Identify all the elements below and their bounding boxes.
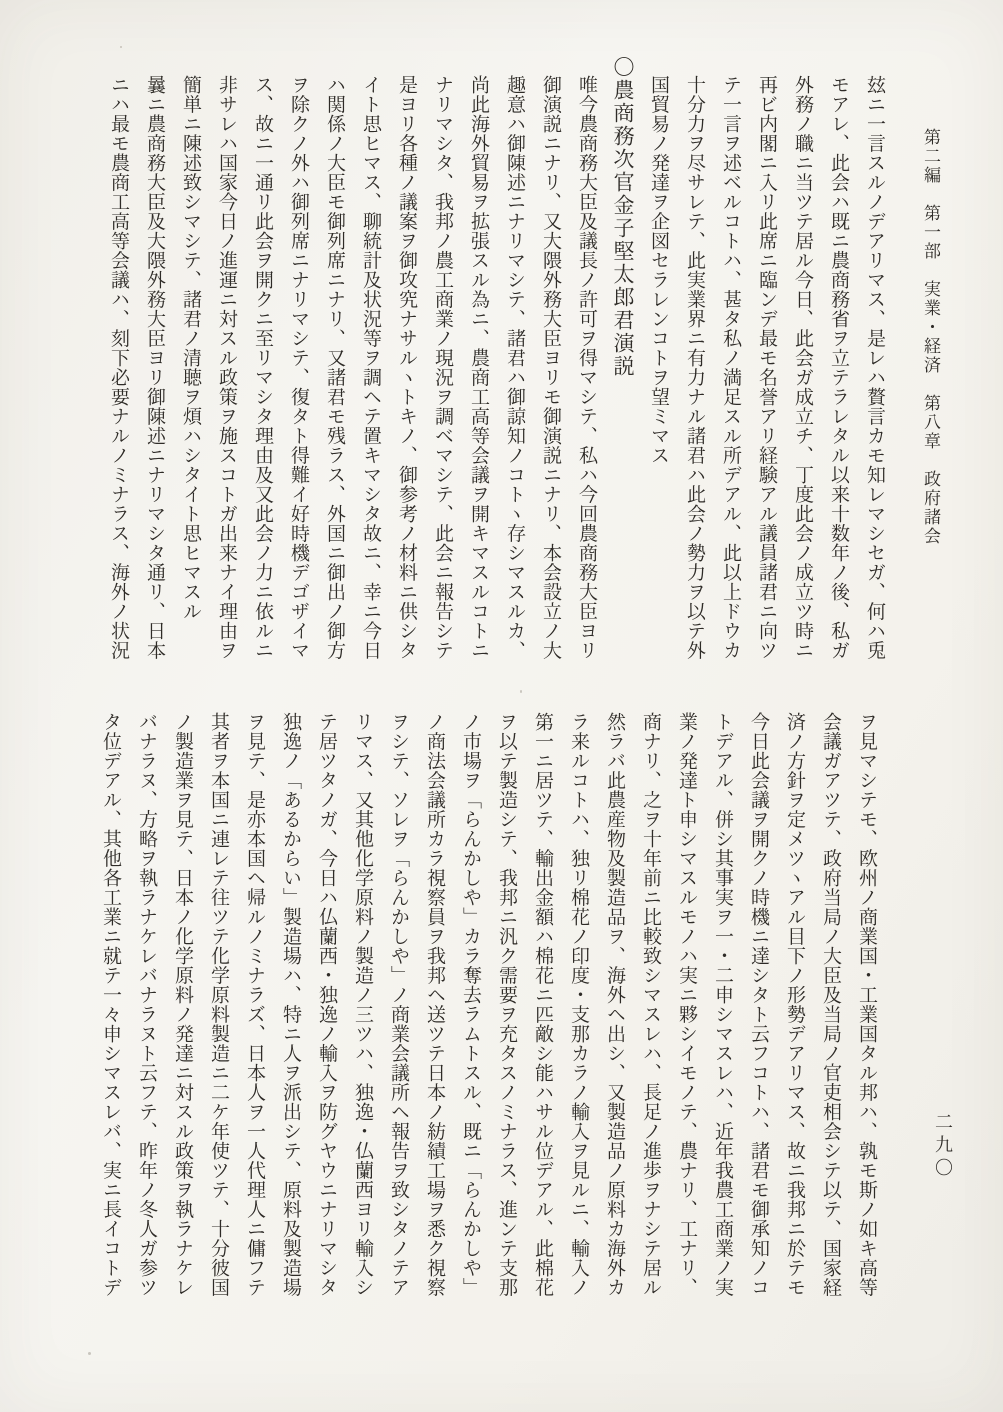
text-column: テ一言ヲ述ベルコトハ、甚タ私ノ満足スル所デアル、此以上ドウカ [713, 56, 749, 716]
text-column: 然ラバ此農産物及製造品ヲ、海外ヘ出シ、又製造品ノ原料カ海外カ [597, 712, 633, 1352]
running-header: 第二編 第一部 実業・経済 第八章 政府諸会 [918, 128, 943, 546]
text-column: 曩ニ農商務大臣及大隈外務大臣ヨリ御陳述ニナリマシタ通リ、日本 [137, 56, 173, 716]
text-column: 会議ガアツテ、政府当局ノ大臣及当局ノ官吏相会シテ以テ、国家経 [813, 712, 849, 1352]
text-column: ラ来ルコトハ、独リ棉花ノ印度・支那カラノ輸入ヲ見ルニ、輸入ノ [561, 712, 597, 1352]
text-column: ニハ最モ農商工高等会議ハ、刻下必要ナルノミナラス、海外ノ状況 [101, 56, 137, 716]
text-column: ヲ見テ、是亦本国ヘ帰ルノミナラズ、日本人ヲ一人代理人ニ傭フテ [237, 712, 273, 1352]
text-column: 独逸ノ「あるからい」製造場ハ、特ニ人ヲ派出シテ、原料及製造場 [273, 712, 309, 1352]
text-column: 今日此会議ヲ開クノ時機ニ達シタト云フコトハ、諸君モ御承知ノコ [741, 712, 777, 1352]
text-column: 再ビ内閣ニ入リ此席ニ臨ンデ最モ名誉アリ経験アル議員諸君ニ向ツ [749, 56, 785, 716]
text-column: 玆ニ一言スルノデアリマス、是レハ贅言カモ知レマシセガ、何ハ兎 [857, 56, 893, 716]
text-column: ヲ見マシテモ、欧州ノ商業国・工業国タル邦ハ、孰モ斯ノ如キ高等 [849, 712, 885, 1352]
scan-speck [120, 46, 122, 48]
text-column: ノ市場ヲ「らんかしや」カラ奪去ラムトスル、既ニ「らんかしや」 [453, 712, 489, 1352]
text-column: 非サレハ国家今日ノ進運ニ対スル政策ヲ施スコトガ出来ナイ理由ヲ [209, 56, 245, 716]
text-column: 十分力ヲ尽サレテ、此実業界ニ有力ナル諸君ハ此会ノ勢力ヲ以テ外 [677, 56, 713, 716]
text-column: 御演説ニナリ、又大隈外務大臣ヨリモ御演説ニナリ、本会設立ノ大 [533, 56, 569, 716]
text-column: ヲ以テ製造シテ、我邦ニ汎ク需要ヲ充タスノミナラス、進ンテ支那 [489, 712, 525, 1352]
text-column: 外務ノ職ニ当ツテ居ル今日、此会ガ成立チ、丁度此会ノ成立ツ時ニ [785, 56, 821, 716]
text-block-bottom: ヲ見マシテモ、欧州ノ商業国・工業国タル邦ハ、孰モ斯ノ如キ高等会議ガアツテ、政府当… [93, 712, 885, 1352]
page-number: 二九〇 [929, 1112, 955, 1181]
scanned-book-page: 第二編 第一部 実業・経済 第八章 政府諸会 二九〇 玆ニ一言スルノデアリマス、… [0, 0, 1003, 1412]
text-column: バナラヌ、方略ヲ執ラナケレバナラヌト云フテ、昨年ノ冬人ガ参ツ [129, 712, 165, 1352]
scan-speck [520, 690, 522, 693]
text-column: ヲシテ、ソレヲ「らんかしや」ノ商業会議所ヘ報告ヲ致シタノテア [381, 712, 417, 1352]
text-column: タ位デアル、其他各工業ニ就テ一々申シマスレバ、実ニ長イコトデ [93, 712, 129, 1352]
text-column: 趣意ハ御陳述ニナリマシテ、諸君ハ御諒知ノコトヽ存シマスルカ、 [497, 56, 533, 716]
text-column: ヲ除クノ外ハ御列席ニナリマシテ、復タト得難イ好時機デゴザイマ [281, 56, 317, 716]
text-column: モアレ、此会ハ既ニ農商務省ヲ立テラレタル以来十数年ノ後、私ガ [821, 56, 857, 716]
text-column: ノ製造業ヲ見テ、日本ノ化学原料ノ発達ニ対スル政策ヲ執ラナケレ [165, 712, 201, 1352]
text-block-top: 玆ニ一言スルノデアリマス、是レハ贅言カモ知レマシセガ、何ハ兎モアレ、此会ハ既ニ農… [101, 56, 893, 716]
text-column: 第一ニ居ツテ、輸出金額ハ棉花ニ匹敵シ能ハサル位デアル、此棉花 [525, 712, 561, 1352]
scan-speck [88, 1352, 91, 1355]
text-column: ノ商法会議所カラ視察員ヲ我邦ヘ送ツテ日本ノ紡績工場ヲ悉ク視察 [417, 712, 453, 1352]
text-column: ナリマシタ、我邦ノ農工商業ノ現況ヲ調ベマシテ、此会ニ報告シテ [425, 56, 461, 716]
text-column: 尚此海外貿易ヲ拡張スル為ニ、農商工高等会議ヲ開キマスルコトニ [461, 56, 497, 716]
text-column: トデアル、併シ其事実ヲ一・二申シマスレハ、近年我農工商業ノ実 [705, 712, 741, 1352]
text-column: イト思ヒマス、聊統計及状況等ヲ調ヘテ置キマシタ故ニ、幸ニ今日 [353, 56, 389, 716]
section-heading-column: 〇農商務次官金子堅太郎君演説 [605, 56, 641, 716]
text-column: 唯今農商務大臣及議長ノ許可ヲ得マシテ、私ハ今回農商務大臣ヨリ [569, 56, 605, 716]
text-column: 是ヨリ各種ノ議案ヲ御攻究ナサルヽトキノ、御参考ノ材料ニ供シタ [389, 56, 425, 716]
text-column: 商ナリ、之ヲ十年前ニ比較致シマスレハ、長足ノ進歩ヲナシテ居ル [633, 712, 669, 1352]
text-column: リマス、又其他化学原料ノ製造ノ三ツハ、独逸・仏蘭西ヨリ輸入シ [345, 712, 381, 1352]
text-column: 簡単ニ陳述致シマシテ、諸君ノ清聴ヲ煩ハシタイト思ヒマスル [173, 56, 209, 716]
text-column: テ居ツタノガ、今日ハ仏蘭西・独逸ノ輸入ヲ防グヤウニナリマシタ [309, 712, 345, 1352]
text-column: 済ノ方針ヲ定メツヽアル目下ノ形勢デアリマス、故ニ我邦ニ於テモ [777, 712, 813, 1352]
text-column: 業ノ発達ト申シマスルモノハ実ニ夥シイモノテ、農ナリ、工ナリ、 [669, 712, 705, 1352]
text-column: ハ関係ノ大臣モ御列席ニナリ、又諸君モ残ラス、外国ニ御出ノ御方 [317, 56, 353, 716]
text-column: 国貿易ノ発達ヲ企図セラレンコトヲ望ミマス [641, 56, 677, 716]
text-column: 其者ヲ本国ニ連レテ往ツテ化学原料製造ニ二ケ年使ツテ、十分彼国 [201, 712, 237, 1352]
text-column: ス、故ニ一通リ此会ヲ開クニ至リマシタ理由及又此会ノ力ニ依ルニ [245, 56, 281, 716]
